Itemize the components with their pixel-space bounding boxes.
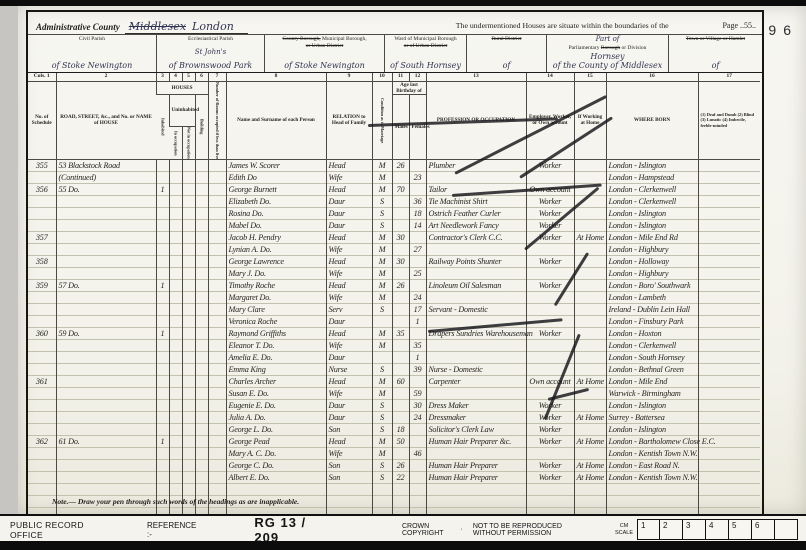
cell-n: Raymond Griffiths bbox=[226, 327, 326, 339]
cell-af bbox=[409, 471, 426, 483]
cell-b: London - Holloway bbox=[606, 255, 698, 267]
cell-u5 bbox=[182, 423, 195, 435]
cell-u6 bbox=[195, 207, 208, 219]
cell-u6 bbox=[195, 375, 208, 387]
cell-r bbox=[208, 267, 226, 279]
bottom-edge bbox=[0, 541, 806, 550]
cell-emp: Worker bbox=[526, 327, 574, 339]
cell-b: London - Kentish Town N.W. bbox=[606, 471, 698, 483]
cell-r bbox=[208, 219, 226, 231]
cell-b: London - Finsbury Park bbox=[606, 315, 698, 327]
cell-h bbox=[574, 207, 606, 219]
cell-r bbox=[208, 459, 226, 471]
cell-am: 30 bbox=[392, 231, 409, 243]
table-row: Mabel Do.DaurS14Art Needlework FancyWork… bbox=[28, 219, 760, 231]
cell-b: London - Boro' Southwark bbox=[606, 279, 698, 291]
cell-u5 bbox=[182, 327, 195, 339]
cell-h bbox=[574, 447, 606, 459]
column-number: 9 bbox=[326, 73, 372, 81]
cell-b: Warwick - Birmingham bbox=[606, 387, 698, 399]
admin-county-struck-value: Middlesex bbox=[129, 20, 186, 33]
cell-u4 bbox=[169, 183, 182, 195]
col-name: Name and Surname of each Person bbox=[226, 81, 326, 159]
cell-u5 bbox=[182, 267, 195, 279]
civil-parish-label: Civil Parish bbox=[30, 36, 154, 43]
cell-a bbox=[56, 375, 156, 387]
cell-occ: Tie Machinist Shirt bbox=[426, 195, 526, 207]
cell-am: 26 bbox=[392, 159, 409, 171]
cell-a bbox=[56, 447, 156, 459]
cell-rel: Head bbox=[326, 279, 372, 291]
cell-inf bbox=[698, 399, 760, 411]
cell-u5 bbox=[182, 207, 195, 219]
cell-u6 bbox=[195, 279, 208, 291]
ruler-cell: 6 bbox=[752, 519, 775, 540]
cell-inf bbox=[698, 159, 760, 171]
cell-c: S bbox=[372, 303, 392, 315]
cell-c bbox=[372, 483, 392, 495]
ecclesiastical-parish-value: of Brownswood Park bbox=[159, 62, 262, 71]
cell-a bbox=[56, 423, 156, 435]
cell-n: Mabel Do. bbox=[226, 219, 326, 231]
table-row: Mary J. Do.WifeM25London - Highbury bbox=[28, 267, 760, 279]
cell-c: S bbox=[372, 423, 392, 435]
cell-u5 bbox=[182, 471, 195, 483]
cell-a bbox=[56, 411, 156, 423]
cell-occ bbox=[426, 351, 526, 363]
cell-h bbox=[574, 495, 606, 507]
cell-a bbox=[56, 339, 156, 351]
cell-u4 bbox=[169, 171, 182, 183]
cell-s bbox=[28, 207, 56, 219]
cell-n: George L. Do. bbox=[226, 423, 326, 435]
cell-am bbox=[392, 363, 409, 375]
cell-emp bbox=[526, 243, 574, 255]
col-females: Females bbox=[409, 94, 426, 159]
cell-inf bbox=[698, 315, 760, 327]
cell-u6 bbox=[195, 219, 208, 231]
cell-c: M bbox=[372, 171, 392, 183]
cell-am bbox=[392, 387, 409, 399]
cell-a: 55 Do. bbox=[56, 183, 156, 195]
cell-c: M bbox=[372, 327, 392, 339]
cell-occ: Human Hair Preparer bbox=[426, 471, 526, 483]
cell-rel: Serv bbox=[326, 303, 372, 315]
cell-h bbox=[574, 159, 606, 171]
cell-b: London - South Hornsey bbox=[606, 351, 698, 363]
cell-u6 bbox=[195, 243, 208, 255]
municipal-label-struck: County Borough, bbox=[282, 36, 320, 42]
cell-i bbox=[156, 399, 169, 411]
cell-b: London - Islington bbox=[606, 399, 698, 411]
cell-s: 360 bbox=[28, 327, 56, 339]
cell-u4 bbox=[169, 255, 182, 267]
cell-a bbox=[56, 471, 156, 483]
cell-i bbox=[156, 207, 169, 219]
cell-u6 bbox=[195, 195, 208, 207]
cell-emp bbox=[526, 171, 574, 183]
cell-b: London - Highbury bbox=[606, 243, 698, 255]
cell-am: 18 bbox=[392, 423, 409, 435]
cell-a: 53 Blackstock Road bbox=[56, 159, 156, 171]
cell-n: Albert E. Do. bbox=[226, 471, 326, 483]
cell-c: S bbox=[372, 399, 392, 411]
cell-a bbox=[56, 291, 156, 303]
cell-r bbox=[208, 447, 226, 459]
col-schedule: No. of Schedule bbox=[28, 81, 56, 159]
cell-af bbox=[409, 255, 426, 267]
cell-u4 bbox=[169, 435, 182, 447]
cell-u4 bbox=[169, 339, 182, 351]
cell-rel: Wife bbox=[326, 171, 372, 183]
cell-u4 bbox=[169, 279, 182, 291]
cell-b: London - Islington bbox=[606, 423, 698, 435]
cell-u5 bbox=[182, 435, 195, 447]
cell-a bbox=[56, 243, 156, 255]
reference-label: REFERENCE :- bbox=[147, 521, 196, 539]
cell-rel bbox=[326, 495, 372, 507]
cell-a bbox=[56, 303, 156, 315]
census-table: Cols. 1234567891011121314151617 No. of S… bbox=[28, 73, 760, 544]
cell-rel: Head bbox=[326, 435, 372, 447]
cell-u5 bbox=[182, 411, 195, 423]
column-number: 4 bbox=[169, 73, 182, 81]
cell-u6 bbox=[195, 171, 208, 183]
cell-c: S bbox=[372, 219, 392, 231]
cell-am bbox=[392, 195, 409, 207]
office-name: PUBLIC RECORD OFFICE bbox=[10, 520, 85, 540]
cell-b: London - Highbury bbox=[606, 267, 698, 279]
column-number: 10 bbox=[372, 73, 392, 81]
cell-c: M bbox=[372, 279, 392, 291]
cell-af bbox=[409, 495, 426, 507]
table-row bbox=[28, 483, 760, 495]
cell-b: London - Bethnal Green bbox=[606, 363, 698, 375]
cell-u6 bbox=[195, 459, 208, 471]
cell-am bbox=[392, 267, 409, 279]
census-rows: 35553 Blackstock RoadJames W. ScorerHead… bbox=[28, 159, 760, 519]
col-houses: HOUSES bbox=[156, 81, 208, 94]
ecclesiastical-parish-label: Ecclesiastical Parish bbox=[159, 36, 262, 43]
cell-rel: Head bbox=[326, 255, 372, 267]
cell-u5 bbox=[182, 255, 195, 267]
cell-occ bbox=[426, 387, 526, 399]
cell-occ bbox=[426, 447, 526, 459]
cell-n: James W. Scorer bbox=[226, 159, 326, 171]
cell-h bbox=[574, 351, 606, 363]
cell-occ: Human Hair Preparer bbox=[426, 459, 526, 471]
cell-rel: Son bbox=[326, 459, 372, 471]
cell-b: London - East Road N. bbox=[606, 459, 698, 471]
cell-u5 bbox=[182, 303, 195, 315]
cell-a bbox=[56, 219, 156, 231]
cell-n: Charles Archer bbox=[226, 375, 326, 387]
cell-am: 60 bbox=[392, 375, 409, 387]
cell-a bbox=[56, 267, 156, 279]
cell-emp: Worker bbox=[526, 255, 574, 267]
column-number: 3 bbox=[156, 73, 169, 81]
cell-u4 bbox=[169, 195, 182, 207]
col-born: WHERE BORN bbox=[606, 81, 698, 159]
cell-u6 bbox=[195, 423, 208, 435]
cell-i bbox=[156, 231, 169, 243]
cell-c: M bbox=[372, 255, 392, 267]
cell-s bbox=[28, 303, 56, 315]
cell-af bbox=[409, 327, 426, 339]
cell-inf bbox=[698, 375, 760, 387]
rural-district-label: Rural District bbox=[469, 36, 544, 43]
cell-u6 bbox=[195, 315, 208, 327]
cell-af: 14 bbox=[409, 219, 426, 231]
cell-s: 357 bbox=[28, 231, 56, 243]
cell-b: London - Clerkenwell bbox=[606, 183, 698, 195]
cell-c: M bbox=[372, 231, 392, 243]
ruler-cell: 1 bbox=[637, 519, 660, 540]
cell-h bbox=[574, 483, 606, 495]
parliamentary-county: of the County of Middlesex bbox=[549, 62, 666, 71]
cell-s: 358 bbox=[28, 255, 56, 267]
cell-b: Ireland - Dublin Lein Hall bbox=[606, 303, 698, 315]
cell-af: 35 bbox=[409, 339, 426, 351]
cell-rel: Daur bbox=[326, 315, 372, 327]
cell-i bbox=[156, 171, 169, 183]
cell-u6 bbox=[195, 363, 208, 375]
cell-af bbox=[409, 279, 426, 291]
cell-i bbox=[156, 339, 169, 351]
table-row: Margaret Do.WifeM24London - Lambeth bbox=[28, 291, 760, 303]
cell-r bbox=[208, 303, 226, 315]
parliamentary-value-top: Part of bbox=[549, 36, 666, 43]
cell-r bbox=[208, 207, 226, 219]
cell-s bbox=[28, 351, 56, 363]
cell-c: S bbox=[372, 195, 392, 207]
cell-rel: Son bbox=[326, 471, 372, 483]
cell-inf bbox=[698, 339, 760, 351]
cell-am bbox=[392, 447, 409, 459]
cell-b: London - Hoxton bbox=[606, 327, 698, 339]
cell-am: 30 bbox=[392, 255, 409, 267]
table-row: Rosina Do.DaurS18Ostrich Feather CurlerW… bbox=[28, 207, 760, 219]
cell-i: 1 bbox=[156, 327, 169, 339]
cell-inf bbox=[698, 255, 760, 267]
cell-inf bbox=[698, 171, 760, 183]
cell-u4 bbox=[169, 375, 182, 387]
cell-u4 bbox=[169, 351, 182, 363]
cell-a bbox=[56, 387, 156, 399]
cell-inf bbox=[698, 183, 760, 195]
cell-n: Mary A. C. Do. bbox=[226, 447, 326, 459]
cell-u5 bbox=[182, 483, 195, 495]
cell-af: 59 bbox=[409, 387, 426, 399]
table-row: Susan E. Do.WifeM59Warwick - Birmingham bbox=[28, 387, 760, 399]
cell-rel: Daur bbox=[326, 351, 372, 363]
cell-u5 bbox=[182, 171, 195, 183]
table-row: Amelia E. Do.Daur1London - South Hornsey bbox=[28, 351, 760, 363]
admin-county-group: Administrative County Middlesex London bbox=[36, 20, 408, 34]
table-row: 36261 Do.1George PeadHeadM50Human Hair P… bbox=[28, 435, 760, 447]
cell-inf bbox=[698, 495, 760, 507]
cell-u6 bbox=[195, 435, 208, 447]
cell-rel: Daur bbox=[326, 195, 372, 207]
cell-u5 bbox=[182, 183, 195, 195]
cell-emp: Worker bbox=[526, 471, 574, 483]
cell-am bbox=[392, 291, 409, 303]
column-number: 5 bbox=[182, 73, 195, 81]
col-road: ROAD, STREET, &c., and No. or NAME of HO… bbox=[56, 81, 156, 159]
cell-af: 23 bbox=[409, 171, 426, 183]
cell-u6 bbox=[195, 483, 208, 495]
col-inhabited: Inhabited bbox=[156, 94, 169, 159]
table-row: Eleanor T. Do.WifeM35London - Clerkenwel… bbox=[28, 339, 760, 351]
cell-h bbox=[574, 423, 606, 435]
cell-occ: Contractor's Clerk C.C. bbox=[426, 231, 526, 243]
cell-rel bbox=[326, 483, 372, 495]
cell-n: Eugenie E. Do. bbox=[226, 399, 326, 411]
cell-emp: Worker bbox=[526, 411, 574, 423]
table-row: Mary A. C. Do.WifeM46London - Kentish To… bbox=[28, 447, 760, 459]
cell-n bbox=[226, 483, 326, 495]
cell-rel: Wife bbox=[326, 243, 372, 255]
ruler-cell: 5 bbox=[729, 519, 752, 540]
cell-occ: Human Hair Preparer &c. bbox=[426, 435, 526, 447]
cell-u6 bbox=[195, 231, 208, 243]
cell-r bbox=[208, 399, 226, 411]
cell-i bbox=[156, 411, 169, 423]
cell-s bbox=[28, 399, 56, 411]
cell-n: George Burnett bbox=[226, 183, 326, 195]
ecclesiastical-parish-value-top: St John's bbox=[159, 49, 262, 56]
cell-am bbox=[392, 411, 409, 423]
cell-r bbox=[208, 255, 226, 267]
cell-n: Edith Do bbox=[226, 171, 326, 183]
cell-i bbox=[156, 363, 169, 375]
cell-u5 bbox=[182, 363, 195, 375]
cell-c: S bbox=[372, 459, 392, 471]
cell-b: London - Islington bbox=[606, 159, 698, 171]
cell-h: At Home bbox=[574, 435, 606, 447]
separator-dot: · bbox=[460, 526, 462, 533]
cell-am: 70 bbox=[392, 183, 409, 195]
cell-af bbox=[409, 459, 426, 471]
cell-u4 bbox=[169, 399, 182, 411]
cell-s bbox=[28, 219, 56, 231]
cell-occ bbox=[426, 291, 526, 303]
margin-stamp: 96 bbox=[768, 22, 798, 38]
col-building: Building bbox=[195, 94, 208, 159]
column-number: 17 bbox=[698, 73, 760, 81]
cell-u5 bbox=[182, 231, 195, 243]
cell-u5 bbox=[182, 279, 195, 291]
cell-i: 1 bbox=[156, 435, 169, 447]
note-text: Note.— Draw your pen through such words … bbox=[52, 497, 299, 506]
cell-r bbox=[208, 183, 226, 195]
cell-am: 26 bbox=[392, 279, 409, 291]
cell-am: 50 bbox=[392, 435, 409, 447]
cell-a bbox=[56, 399, 156, 411]
column-number: 7 bbox=[208, 73, 226, 81]
cell-inf bbox=[698, 327, 760, 339]
cell-n: Elizabeth Do. bbox=[226, 195, 326, 207]
cell-rel: Head bbox=[326, 327, 372, 339]
cell-b: London - Islington bbox=[606, 219, 698, 231]
cell-b: London - Kentish Town N.W. bbox=[606, 447, 698, 459]
cell-u4 bbox=[169, 447, 182, 459]
cell-u4 bbox=[169, 411, 182, 423]
cell-u6 bbox=[195, 351, 208, 363]
cell-n: Rosina Do. bbox=[226, 207, 326, 219]
cell-c: S bbox=[372, 363, 392, 375]
cell-a: 59 Do. bbox=[56, 327, 156, 339]
cell-inf bbox=[698, 411, 760, 423]
field-civil-parish: Civil Parish of Stoke Newington bbox=[28, 35, 156, 72]
cell-am: 26 bbox=[392, 459, 409, 471]
cell-h bbox=[574, 303, 606, 315]
cell-n: Susan E. Do. bbox=[226, 387, 326, 399]
table-row: (Continued)Edith DoWifeM23London - Hamps… bbox=[28, 171, 760, 183]
cell-af: 1 bbox=[409, 315, 426, 327]
cell-rel: Head bbox=[326, 375, 372, 387]
col-home: If Working at Home bbox=[574, 81, 606, 159]
cell-a bbox=[56, 315, 156, 327]
parliamentary-label-struck: Borough bbox=[601, 45, 620, 51]
cell-b: London - Clerkenwell bbox=[606, 339, 698, 351]
cell-i bbox=[156, 387, 169, 399]
cell-i bbox=[156, 459, 169, 471]
cell-inf bbox=[698, 279, 760, 291]
cell-am bbox=[392, 171, 409, 183]
cell-u6 bbox=[195, 255, 208, 267]
cell-af: 24 bbox=[409, 411, 426, 423]
cell-i bbox=[156, 375, 169, 387]
cell-a bbox=[56, 195, 156, 207]
cell-s bbox=[28, 195, 56, 207]
form-box: Administrative County Middlesex London T… bbox=[26, 10, 764, 546]
cell-h bbox=[574, 219, 606, 231]
cell-s bbox=[28, 483, 56, 495]
table-row: George C. Do.SonS26Human Hair PreparerWo… bbox=[28, 459, 760, 471]
column-number: 11 bbox=[392, 73, 409, 81]
cell-n: Jacob H. Pendry bbox=[226, 231, 326, 243]
cell-a: 61 Do. bbox=[56, 435, 156, 447]
col-in-occupation: In occupation bbox=[169, 127, 182, 160]
cell-u4 bbox=[169, 303, 182, 315]
cell-rel: Head bbox=[326, 183, 372, 195]
cell-inf bbox=[698, 447, 760, 459]
cell-c: M bbox=[372, 387, 392, 399]
cell-u4 bbox=[169, 231, 182, 243]
cell-u6 bbox=[195, 327, 208, 339]
cell-inf bbox=[698, 267, 760, 279]
cell-n: Amelia E. Do. bbox=[226, 351, 326, 363]
cell-a: 57 Do. bbox=[56, 279, 156, 291]
cell-u5 bbox=[182, 459, 195, 471]
cell-b: London - Bartholomew Close E.C. bbox=[606, 435, 698, 447]
cell-occ: Carpenter bbox=[426, 375, 526, 387]
cell-h: At Home bbox=[574, 459, 606, 471]
cell-c bbox=[372, 351, 392, 363]
cell-s bbox=[28, 243, 56, 255]
cell-u6 bbox=[195, 387, 208, 399]
column-numbers: Cols. 1234567891011121314151617 bbox=[28, 73, 760, 81]
ward-label-text: Ward of Municipal Borough bbox=[394, 36, 456, 42]
col-not-in-occupation: Not in occupation bbox=[182, 127, 195, 160]
cell-emp bbox=[526, 483, 574, 495]
cell-u5 bbox=[182, 291, 195, 303]
cell-s: 362 bbox=[28, 435, 56, 447]
cell-af bbox=[409, 183, 426, 195]
cell-r bbox=[208, 471, 226, 483]
cell-am bbox=[392, 219, 409, 231]
